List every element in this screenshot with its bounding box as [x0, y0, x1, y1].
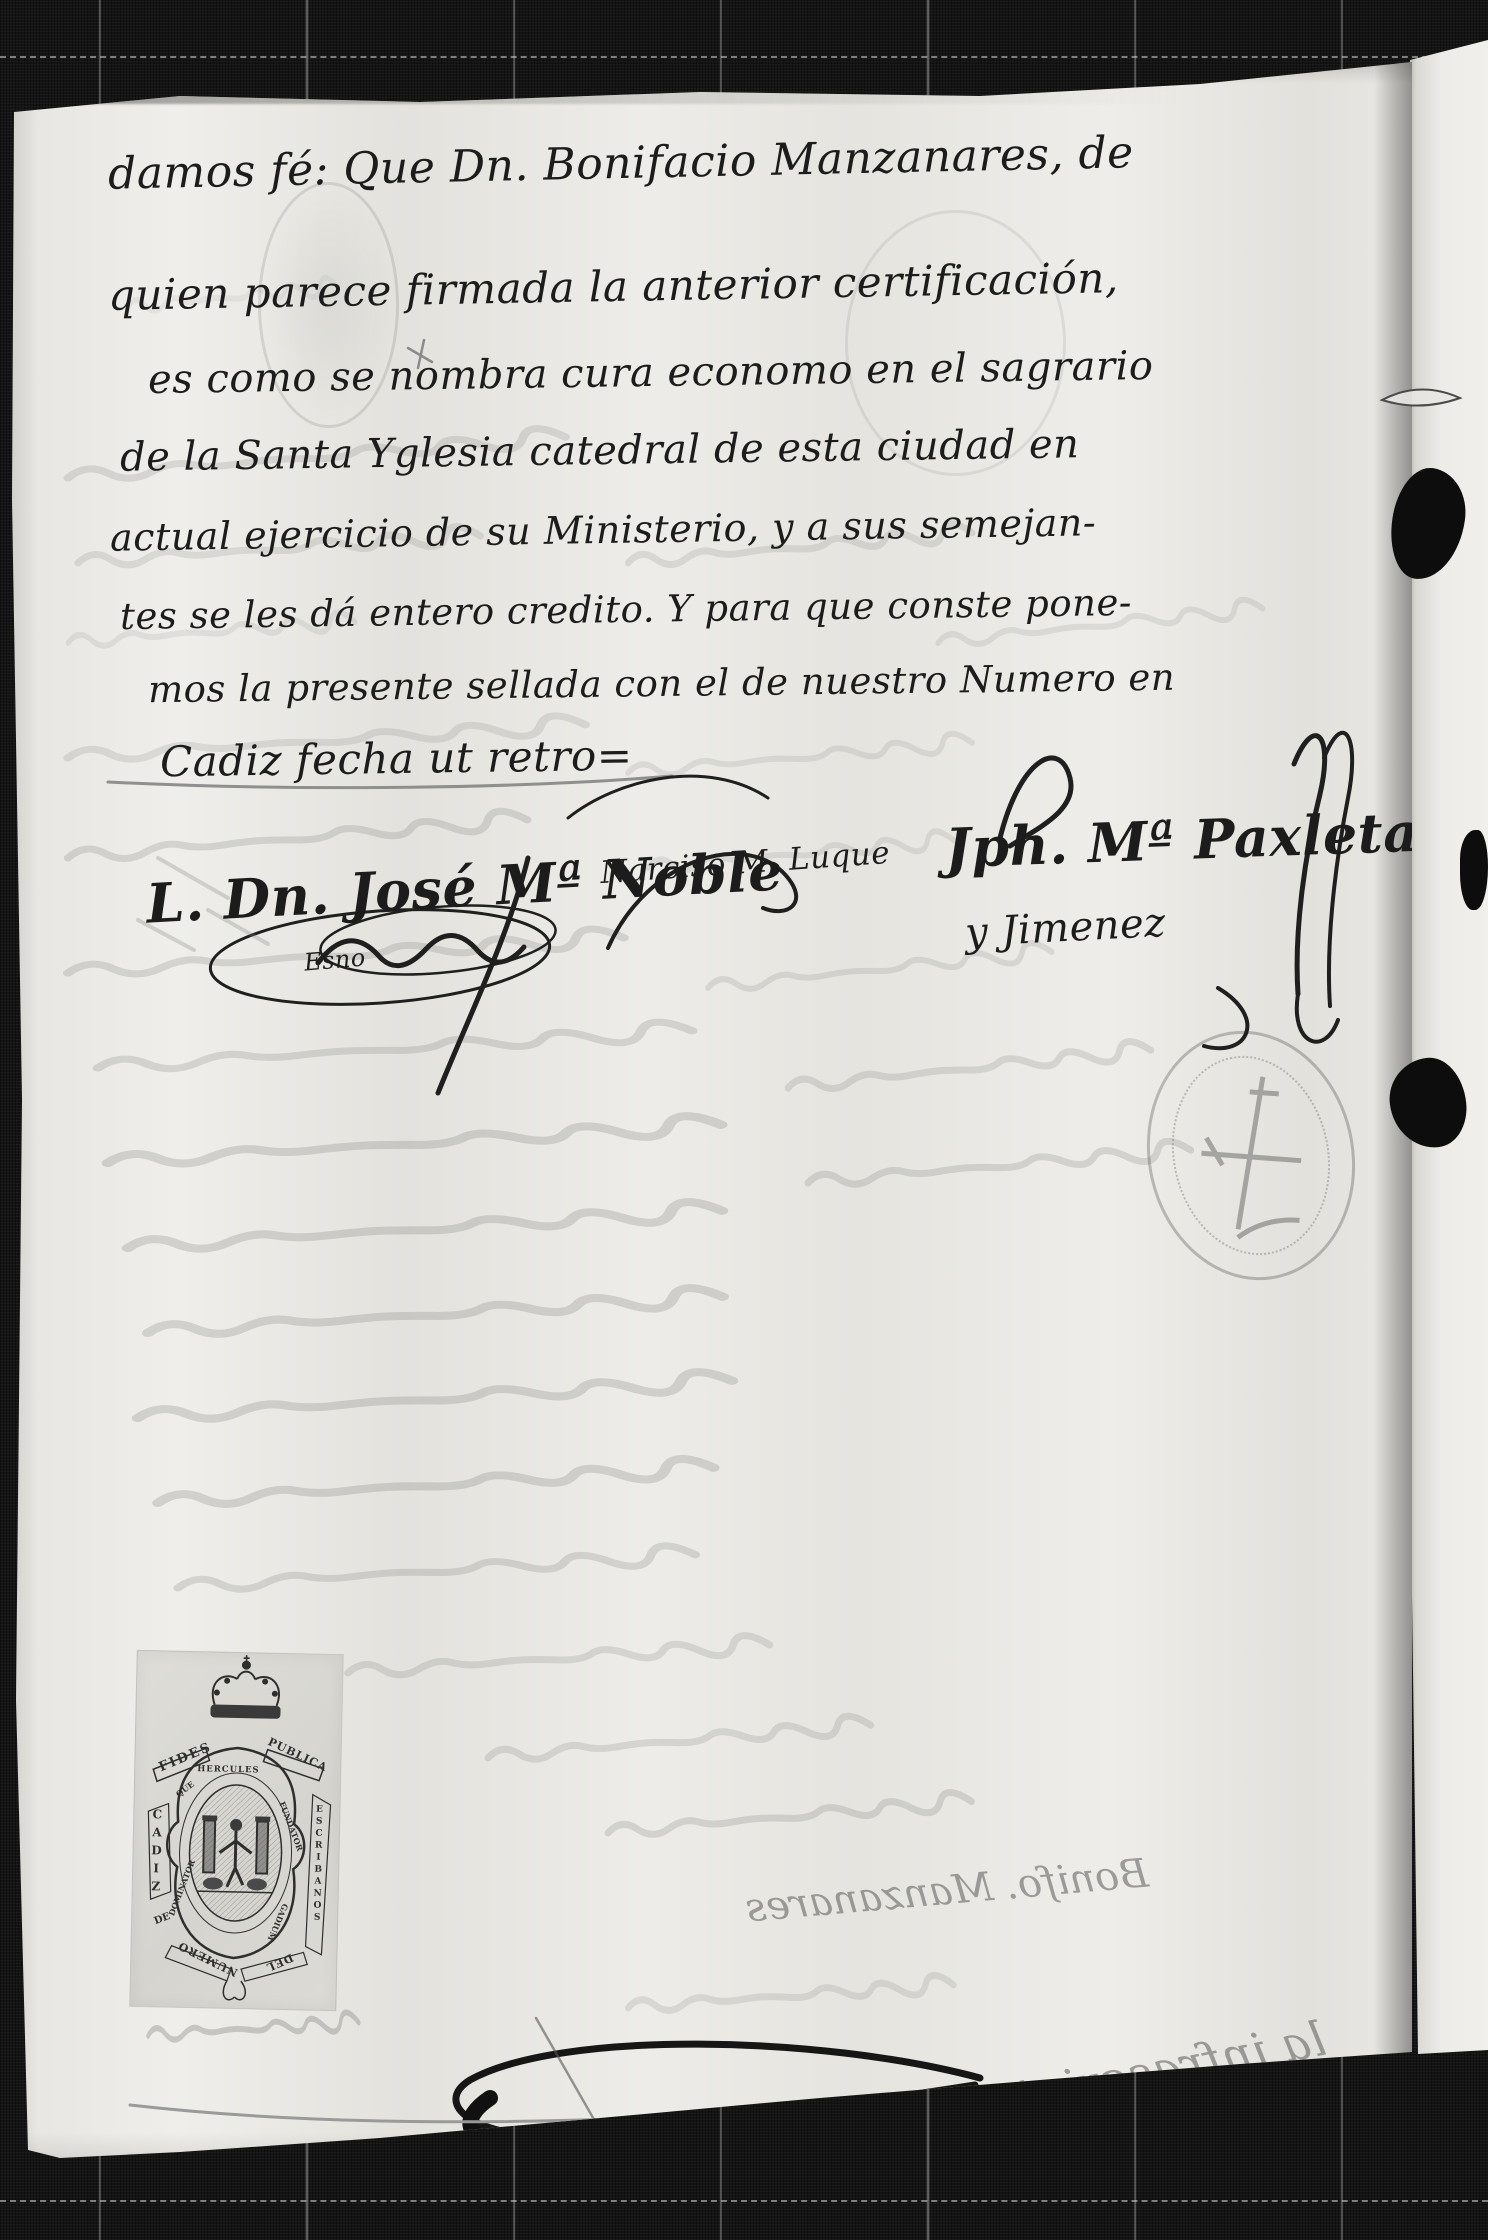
cadiz-notary-seal: FIDES PUBLICA CADIZ DE NUMERO DEL ESCRIB…	[129, 1650, 343, 2011]
seal-oval-hercules: HERCULES	[197, 1764, 260, 1775]
copyboard-grid-line-top	[0, 56, 1488, 58]
manuscript-line: Cadiz fecha ut retro=	[160, 731, 633, 787]
binding-eyelet-icon	[1378, 372, 1464, 424]
photographed-manuscript-scene: damos fé: Que Dn. Bonifacio Manzanares, …	[0, 0, 1488, 2240]
copyboard-grid-line-bottom	[0, 2200, 1488, 2202]
paper-tear-hole	[1460, 830, 1488, 910]
signature-left-rubric-text: Esno	[303, 943, 367, 976]
next-page-leaf	[1402, 38, 1488, 2056]
manuscript-page: damos fé: Que Dn. Bonifacio Manzanares, …	[8, 58, 1420, 2166]
seal-ribbon-cadiz: CADIZ	[149, 1807, 165, 1899]
